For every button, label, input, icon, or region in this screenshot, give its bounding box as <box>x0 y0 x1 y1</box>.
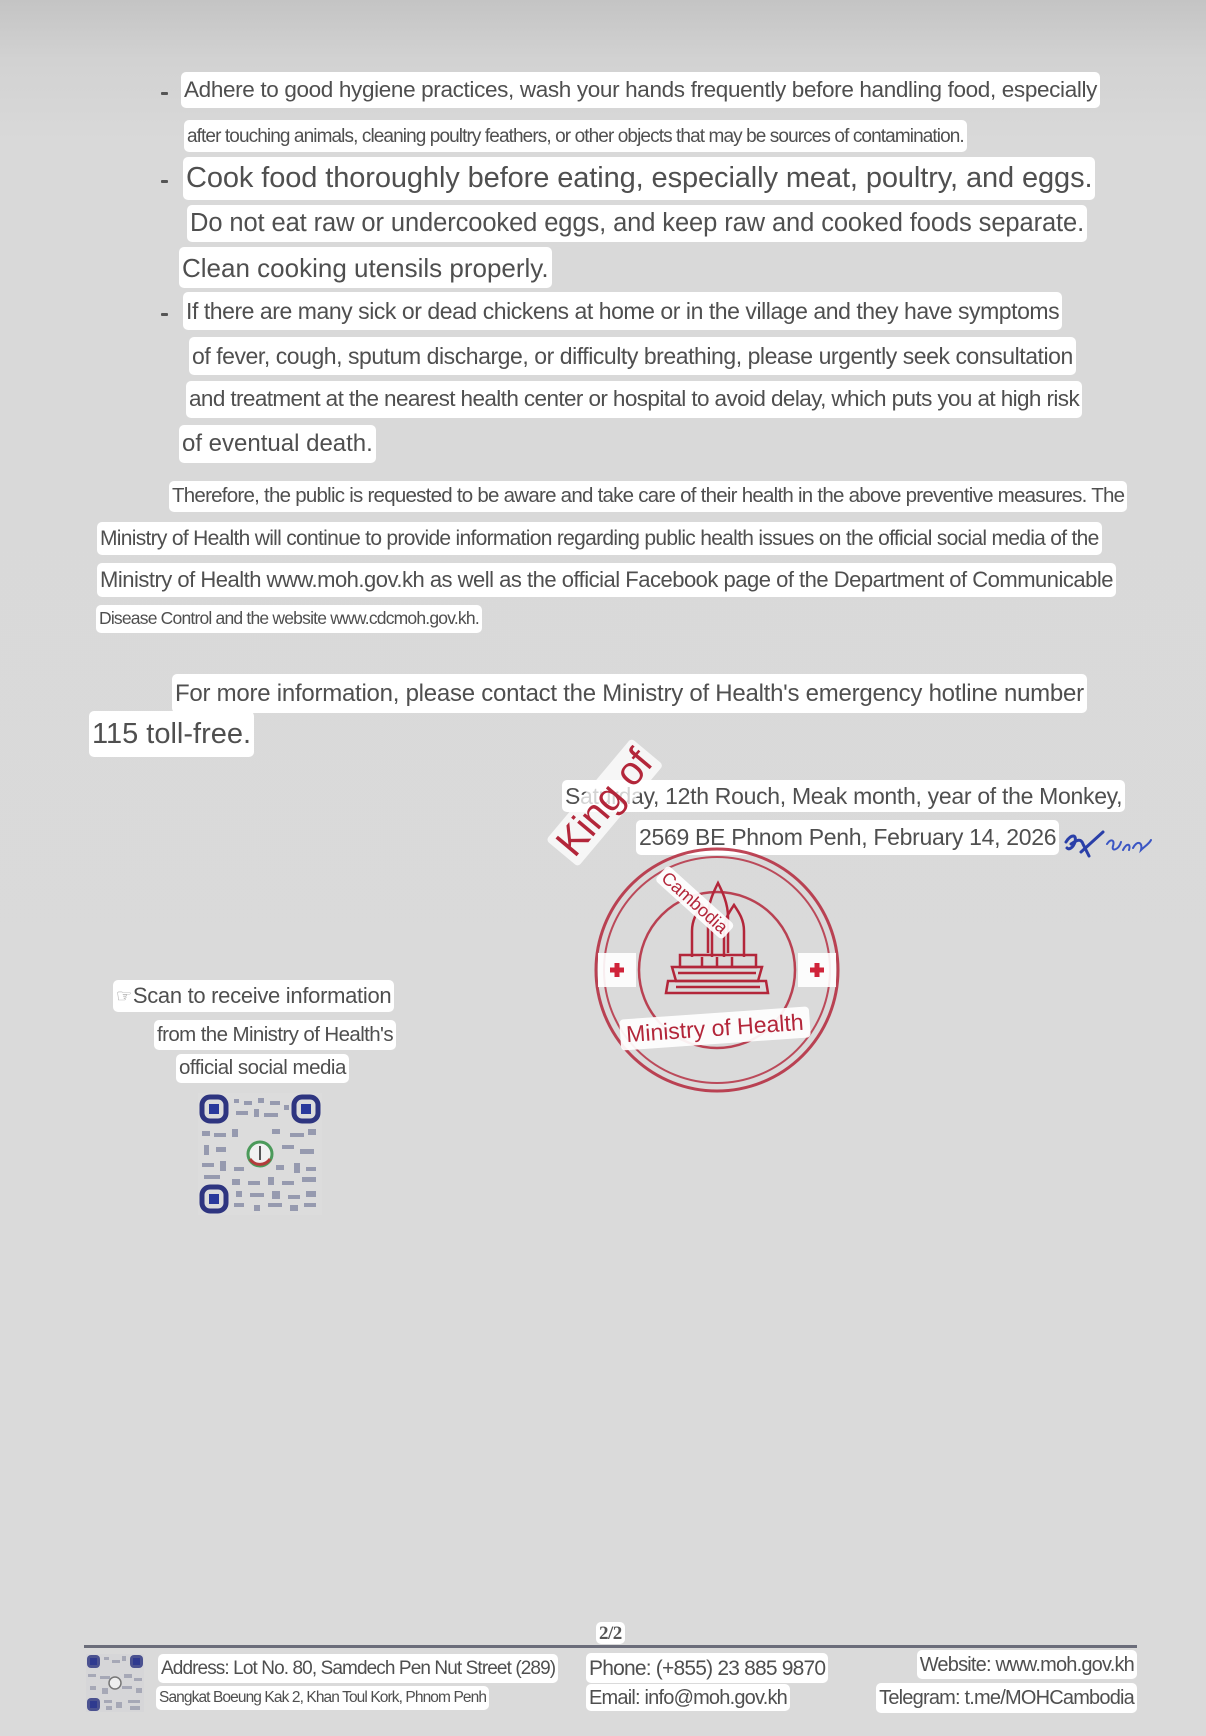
footer-rule <box>84 1645 1137 1648</box>
footer-email: Email: info@moh.gov.kh <box>586 1684 790 1711</box>
paragraph-line-2: Ministry of Health will continue to prov… <box>97 522 1102 555</box>
footer-qr-code-icon[interactable] <box>86 1654 144 1712</box>
qr-caption-text: Scan to receive information <box>133 985 391 1007</box>
footer-phone: Phone: (+855) 23 885 9870 <box>586 1653 828 1683</box>
bullet-1-line-1: Adhere to good hygiene practices, wash y… <box>181 72 1100 108</box>
bullet-marker <box>161 313 168 316</box>
qr-caption-line-3: official social media <box>176 1054 349 1083</box>
qr-caption-line-1: ☞ Scan to receive information <box>113 980 394 1012</box>
paragraph-line-3: Ministry of Health www.moh.gov.kh as wel… <box>97 563 1116 597</box>
stamp-seal-icon <box>592 845 842 1095</box>
hotline-line-2: 115 toll-free. <box>89 711 254 757</box>
footer-website-link[interactable]: Website: www.moh.gov.kh <box>917 1650 1137 1679</box>
bullet-3-line-1: If there are many sick or dead chickens … <box>183 292 1062 330</box>
bullet-marker <box>161 92 168 95</box>
pointing-hand-icon: ☞ <box>116 987 132 1005</box>
paragraph-line-4: Disease Control and the website www.cdcm… <box>96 605 482 633</box>
bullet-3-line-2: of fever, cough, sputum discharge, or di… <box>189 337 1076 375</box>
bullet-2-line-3: Clean cooking utensils properly. <box>179 247 552 288</box>
bullet-3-line-4: of eventual death. <box>179 425 376 463</box>
bullet-3-line-3: and treatment at the nearest health cent… <box>186 381 1082 418</box>
bullet-2-line-2: Do not eat raw or undercooked eggs, and … <box>187 205 1087 242</box>
bullet-2-line-1: Cook food thoroughly before eating, espe… <box>183 157 1095 200</box>
footer-address-line-1: Address: Lot No. 80, Samdech Pen Nut Str… <box>158 1654 558 1683</box>
footer-telegram-link[interactable]: Telegram: t.me/MOHCambodia <box>876 1683 1137 1713</box>
signature-icon <box>1063 828 1155 867</box>
bullet-marker <box>161 180 168 183</box>
qr-caption-line-2: from the Ministry of Health's <box>154 1020 396 1050</box>
qr-code-icon[interactable] <box>198 1093 322 1215</box>
footer-address-line-2: Sangkat Boeung Kak 2, Khan Toul Kork, Ph… <box>156 1686 489 1710</box>
bullet-1-line-2: after touching animals, cleaning poultry… <box>184 120 967 152</box>
page-number: 2/2 <box>596 1622 625 1644</box>
hotline-line-1: For more information, please contact the… <box>172 674 1087 713</box>
paragraph-line-1: Therefore, the public is requested to be… <box>169 481 1127 512</box>
ministry-stamp: King of Cambodia Ministry of Health <box>592 845 842 1095</box>
